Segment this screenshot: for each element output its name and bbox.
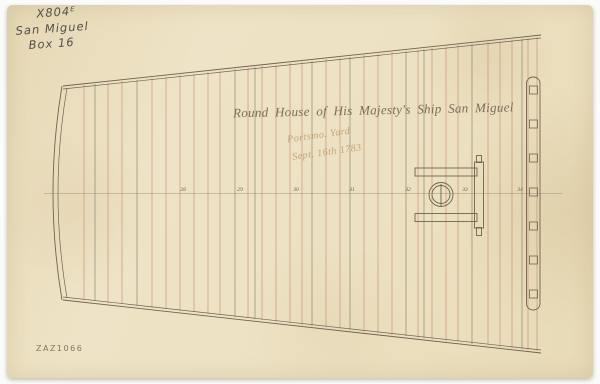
- catalog-number: ZAZ1066: [36, 344, 83, 353]
- deck-outline: [53, 35, 541, 353]
- station-number: 32: [404, 187, 411, 193]
- station-number: 34: [516, 186, 523, 193]
- pencil-annotation-block: X804ᴱ San Miguel Box 16: [14, 3, 90, 55]
- scanned-plan: 28 29 30 31 32 33 34: [0, 0, 600, 384]
- mast-partners: [415, 156, 484, 236]
- station-number: 29: [237, 187, 243, 193]
- timber-head-squares: [530, 86, 538, 298]
- station-number: 33: [461, 187, 468, 193]
- station-number: 31: [348, 187, 355, 193]
- plan-drawing: 28 29 30 31 32 33 34: [0, 0, 600, 384]
- station-number: 28: [180, 187, 186, 193]
- station-number: 30: [292, 187, 299, 193]
- red-guide-lines: [84, 37, 537, 351]
- bitt-post: [475, 162, 484, 228]
- station-numbers: 28 29 30 31 32 33 34: [180, 186, 523, 193]
- forward-bulkhead-curve: [53, 86, 62, 300]
